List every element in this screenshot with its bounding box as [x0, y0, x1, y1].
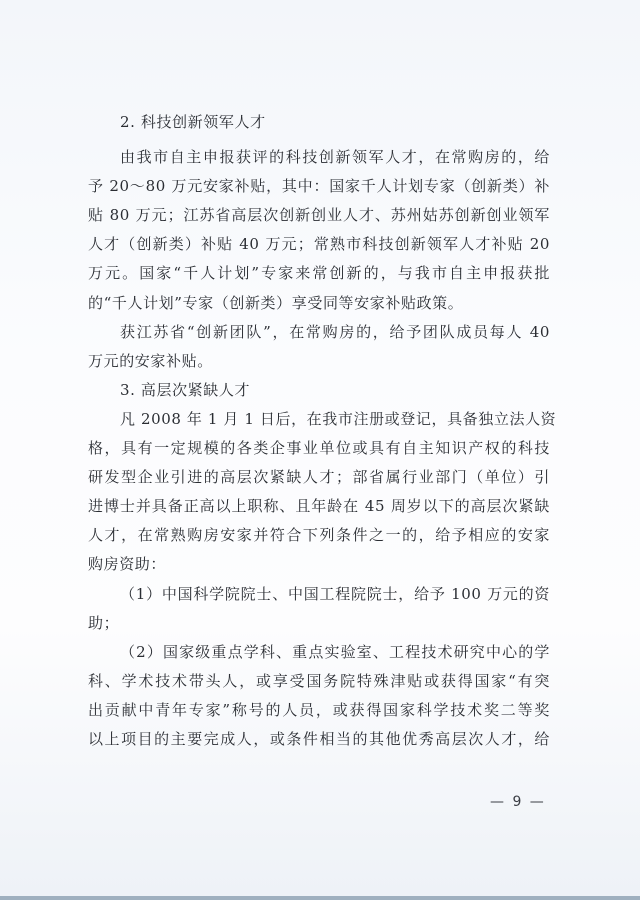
section-heading: 3. 高层次紧缺人才	[88, 376, 550, 405]
scanned-page: 2. 科技创新领军人才 由我市自主申报获评的科技创新领军人才，在常购房的，给 予…	[0, 0, 640, 896]
paragraph-line: 由我市自主申报获评的科技创新领军人才，在常购房的，给	[88, 143, 550, 172]
paragraph-line: 贴 80 万元；江苏省高层次创新创业人才、苏州姑苏创新创业领军	[88, 201, 550, 230]
paragraph-line: （2）国家级重点学科、重点实验室、工程技术研究中心的学	[88, 638, 550, 667]
section-heading: 2. 科技创新领军人才	[88, 108, 550, 137]
page-bottom-edge	[0, 896, 640, 900]
paragraph-line: 研发型企业引进的高层次紧缺人才；部省属行业部门（单位）引	[88, 463, 550, 492]
paragraph-line: 科、学术技术带头人，或享受国务院特殊津贴或获得国家“有突	[88, 667, 550, 696]
document-body: 2. 科技创新领军人才 由我市自主申报获评的科技创新领军人才，在常购房的，给 予…	[88, 108, 550, 754]
paragraph-line: 格，具有一定规模的各类企事业单位或具有自主知识产权的科技	[88, 434, 550, 463]
paragraph-line: 人才（创新类）补贴 40 万元；常熟市科技创新领军人才补贴 20	[88, 230, 550, 259]
page-number: — 9 —	[490, 794, 546, 810]
paragraph-line: 进博士并具备正高以上职称、且年龄在 45 周岁以下的高层次紧缺	[88, 492, 550, 521]
paragraph-line: 凡 2008 年 1 月 1 日后，在我市注册或登记，具备独立法人资	[88, 405, 550, 434]
paragraph-line: 获江苏省“创新团队”，在常购房的，给予团队成员每人 40	[88, 318, 550, 347]
paragraph-line: 购房资助：	[88, 550, 550, 579]
paragraph-line: 助；	[88, 609, 550, 638]
paragraph-line: 万元。国家“千人计划”专家来常创新的，与我市自主申报获批	[88, 259, 550, 288]
paragraph-line: 的“千人计划”专家（创新类）享受同等安家补贴政策。	[88, 289, 550, 318]
paragraph-line: 万元的安家补贴。	[88, 347, 550, 376]
paragraph-line: 予 20～80 万元安家补贴，其中：国家千人计划专家（创新类）补	[88, 172, 550, 201]
paragraph-line: （1）中国科学院院士、中国工程院院士，给予 100 万元的资	[88, 580, 550, 609]
paragraph-line: 以上项目的主要完成人，或条件相当的其他优秀高层次人才，给	[88, 725, 550, 754]
paragraph-line: 人才，在常熟购房安家并符合下列条件之一的，给予相应的安家	[88, 521, 550, 550]
paragraph-line: 出贡献中青年专家”称号的人员，或获得国家科学技术奖二等奖	[88, 696, 550, 725]
